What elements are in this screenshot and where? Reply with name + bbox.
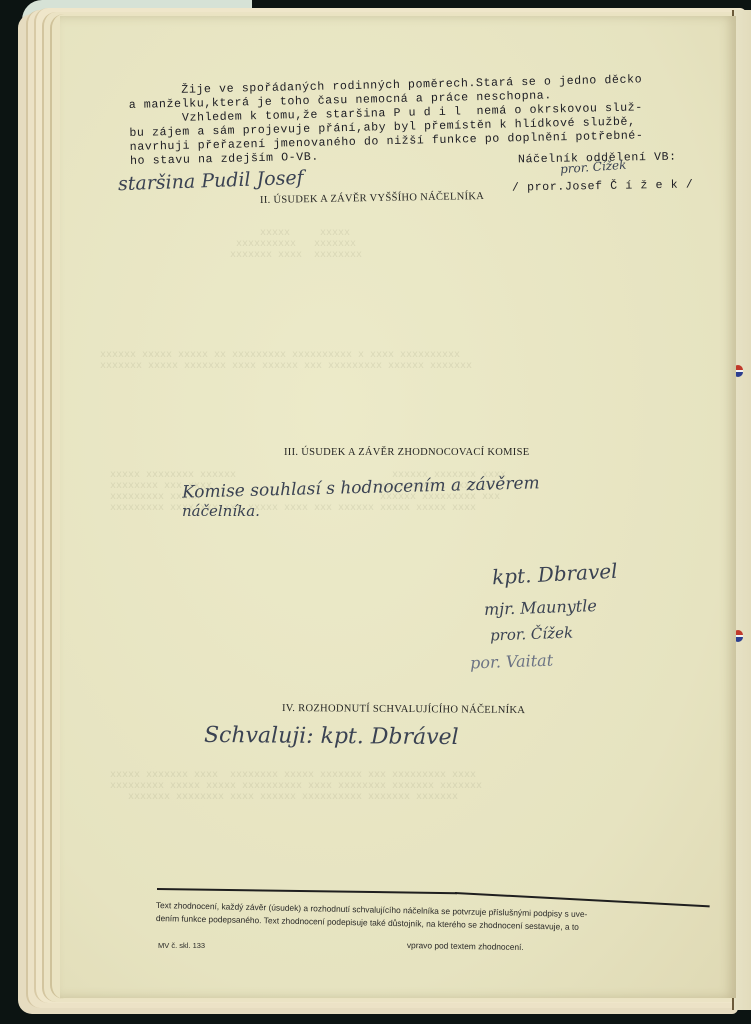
- handwritten-line: náčelníka.: [182, 502, 260, 520]
- section-heading-iii: III. ÚSUDEK A ZÁVĚR ZHODNOCOVACÍ KOMISE: [284, 447, 529, 458]
- commission-signature: mjr. Maunytle: [484, 596, 597, 619]
- bleed-through-text: xxxxx xxxxxxx xxxx xxxxxxxx xxxxx xxxxxx…: [110, 770, 482, 803]
- bleed-through-text: xxxxxx xxxxx xxxxx xx xxxxxxxxx xxxxxxxx…: [100, 350, 472, 372]
- bleed-through-text: xxxxx xxxxx xxxxxxxxxx xxxxxxx xxxxxxx x…: [200, 228, 362, 261]
- approval-signature: Schvaluji: kpt. Dbrável: [204, 723, 459, 750]
- form-code: MV č. skl. 133: [158, 940, 205, 951]
- commission-signature: pror. Čížek: [490, 624, 574, 645]
- footnote-line: vpravo pod textem zhodnocení.: [407, 940, 524, 953]
- section-heading-iv: IV. ROZHODNUTÍ SCHVALUJÍCÍHO NÁČELNÍKA: [282, 703, 525, 716]
- commission-signature: por. Vaitat: [470, 651, 554, 673]
